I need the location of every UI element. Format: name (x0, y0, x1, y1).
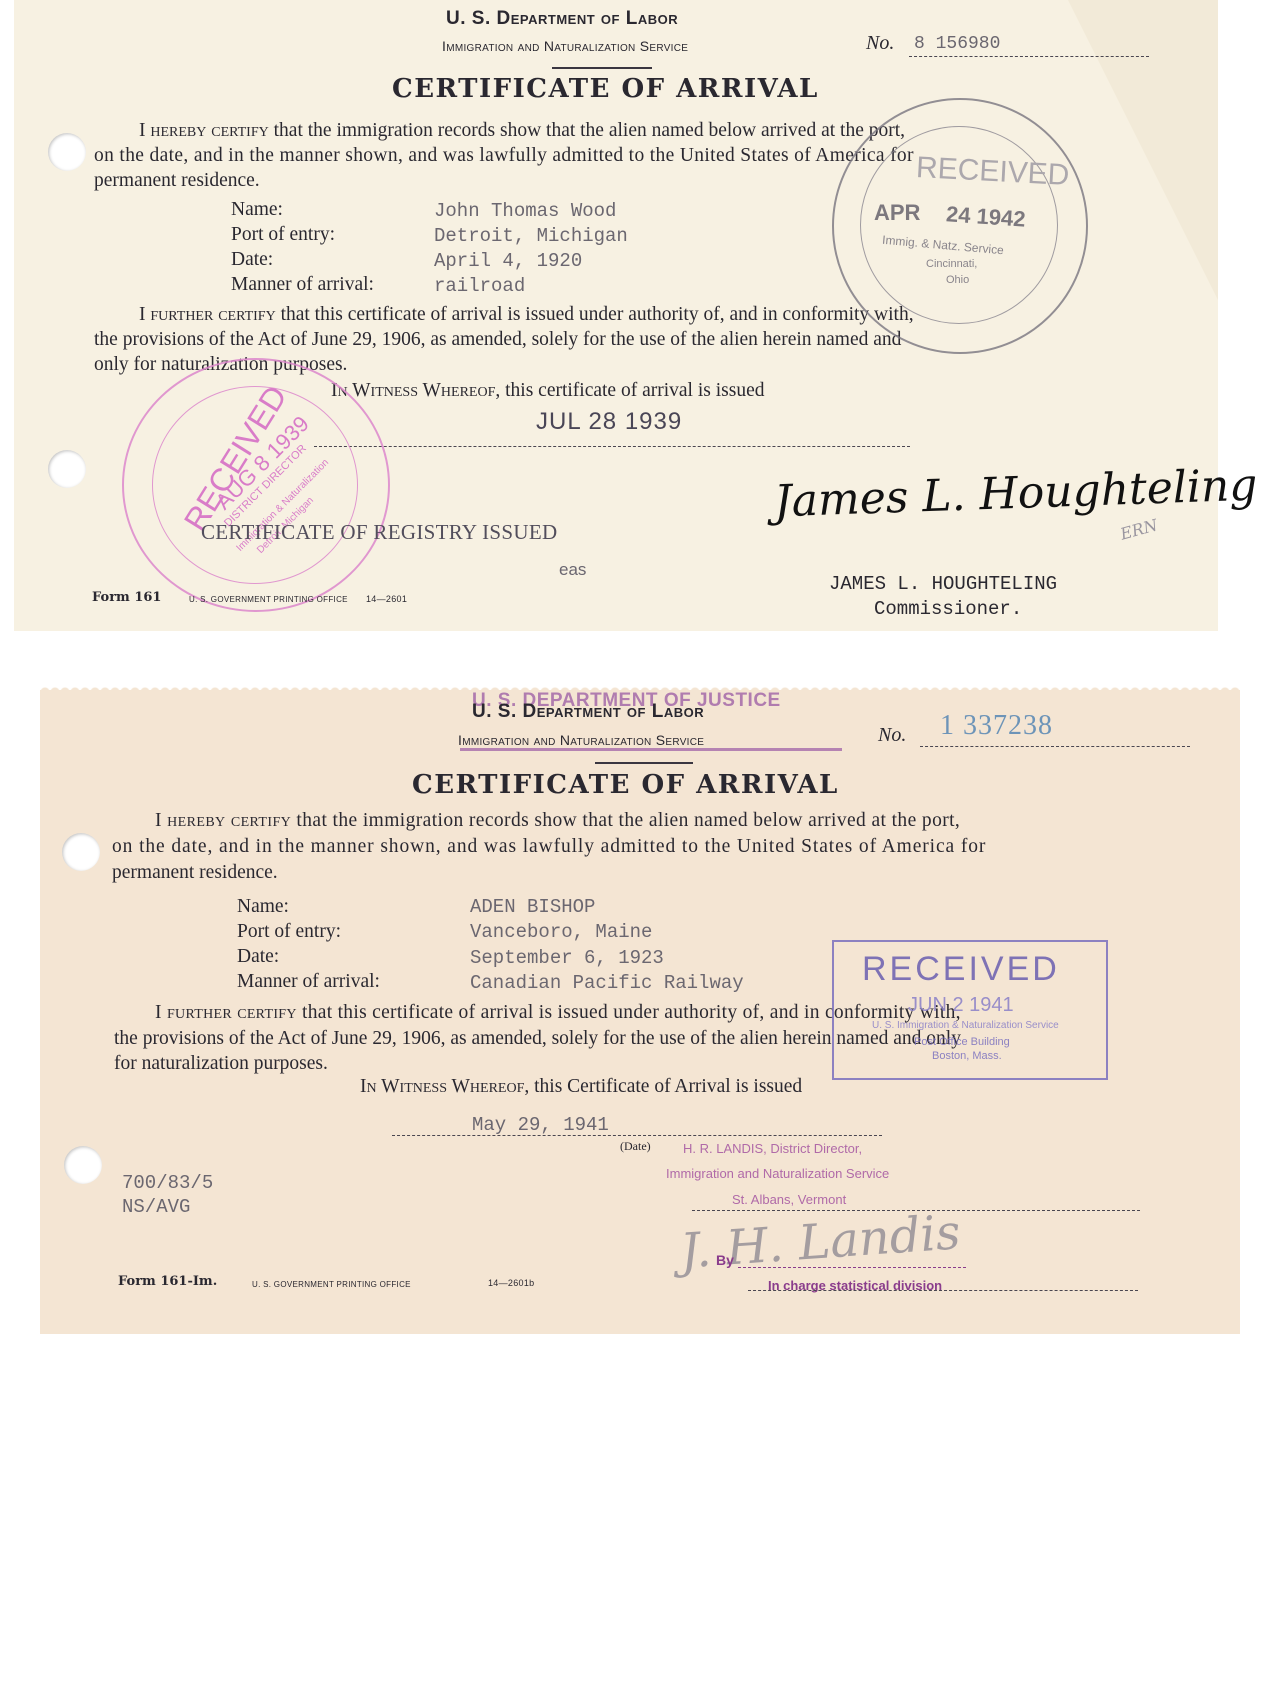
by-line (738, 1267, 966, 1268)
issued-date: May 29, 1941 (472, 1114, 609, 1136)
witness-line: In Witness Whereof, this Certificate of … (360, 1076, 802, 1098)
landis-signature: J. H. Landis (678, 1204, 962, 1279)
certify-text: that the immigration records show that t… (269, 120, 905, 141)
certify-paragraph-line3: permanent residence. (112, 862, 278, 884)
file-reference: 700/83/5 (122, 1172, 213, 1194)
stamp-city: Boston, Mass. (932, 1050, 1002, 1062)
field-value-manner: railroad (434, 275, 525, 297)
further-paragraph-line3: for naturalization purposes. (114, 1053, 328, 1075)
stamp-state: Ohio (946, 274, 969, 286)
field-value-name: John Thomas Wood (434, 200, 616, 222)
file-initials: NS/AVG (122, 1196, 190, 1218)
field-label-manner: Manner of arrival: (237, 971, 380, 993)
certify-paragraph-line2: on the date, and in the manner shown, an… (94, 145, 914, 167)
director-location: St. Albans, Vermont (732, 1192, 846, 1207)
certify-text: that the immigration records show that t… (291, 810, 960, 831)
field-label-manner: Manner of arrival: (231, 274, 374, 296)
punch-hole (64, 1146, 102, 1184)
date-line (392, 1135, 882, 1136)
issued-date-stamp: JUL 28 1939 (536, 408, 682, 436)
further-text: that this certificate of arrival is issu… (276, 304, 914, 325)
field-value-port: Vanceboro, Maine (470, 921, 652, 943)
field-label-date: Date: (237, 946, 279, 968)
certificate-title: CERTIFICATE OF ARRIVAL (392, 74, 819, 104)
certificate-of-arrival-2: U. S. DEPARTMENT OF JUSTICE U. S. Depart… (40, 690, 1240, 1334)
stamp-agency: U. S. Immigration & Naturalization Servi… (872, 1020, 1059, 1031)
field-label-name: Name: (231, 199, 283, 221)
service-heading: Immigration and Naturalization Service (442, 38, 688, 54)
stamp-month: APR (874, 200, 920, 226)
statistical-division-line (748, 1290, 1138, 1291)
by-label: By (716, 1252, 734, 1268)
number-line (909, 56, 1149, 57)
date-line (314, 446, 910, 447)
certificate-number: 8 156980 (914, 34, 1000, 54)
commissioner-signature: James L. Houghteling (773, 460, 1258, 528)
received-stamp-cincinnati: RECEIVED APR 24 1942 Immig. & Natz. Serv… (832, 98, 1088, 354)
folded-corner (1068, 0, 1218, 300)
punch-hole (48, 133, 86, 171)
field-value-date: April 4, 1920 (434, 250, 582, 272)
director-name: H. R. LANDIS, District Director, (683, 1141, 862, 1156)
stamp-date: 24 1942 (945, 201, 1026, 232)
certificate-number-label: No. (878, 724, 906, 747)
department-heading: U. S. Department of Labor (446, 8, 678, 30)
certificate-number: 1 337238 (940, 710, 1053, 742)
registry-issued-note: CERTIFICATE OF REGISTRY ISSUED (201, 520, 557, 545)
certify-lead: I hereby certify (155, 810, 291, 831)
form-number: Form 161 (92, 590, 161, 605)
number-line (920, 746, 1190, 747)
form-number: Form 161-Im. (118, 1274, 217, 1289)
print-code: 14—2601 (366, 594, 407, 604)
further-lead: I further certify (155, 1002, 297, 1023)
witness-lead: In Witness Whereof (360, 1076, 524, 1097)
stamp-date: JUN 2 1941 (908, 994, 1014, 1017)
witness-text: , this Certificate of Arrival is issued (524, 1076, 802, 1097)
clerk-initials: eas (559, 560, 586, 580)
certificate-of-arrival-1: U. S. Department of Labor Immigration an… (14, 0, 1218, 631)
certificate-number-label: No. (866, 32, 894, 55)
stamp-received-text: RECEIVED (862, 950, 1060, 989)
further-paragraph-line1: I further certify that this certificate … (139, 304, 914, 326)
certificate-title: CERTIFICATE OF ARRIVAL (412, 770, 839, 800)
certify-paragraph-line1: I hereby certify that the immigration re… (139, 120, 905, 142)
field-value-name: ADEN BISHOP (470, 896, 595, 918)
field-label-name: Name: (237, 896, 289, 918)
further-paragraph-line2: the provisions of the Act of June 29, 19… (94, 329, 901, 351)
date-caption: (Date) (620, 1139, 651, 1154)
stamp-building: Post Office Building (914, 1036, 1010, 1048)
service-strikeout (460, 748, 842, 751)
certify-paragraph-line2: on the date, and in the manner shown, an… (112, 836, 986, 858)
signer-name: JAMES L. HOUGHTELING (829, 573, 1057, 595)
printing-office: U. S. GOVERNMENT PRINTING OFFICE (252, 1280, 411, 1289)
director-agency: Immigration and Naturalization Service (666, 1166, 889, 1181)
print-code: 14—2601b (488, 1278, 534, 1288)
field-value-manner: Canadian Pacific Railway (470, 972, 744, 994)
certify-lead: I hereby certify (139, 120, 269, 141)
heading-rule (552, 67, 652, 69)
witness-lead: In Witness Whereof (331, 380, 495, 401)
field-label-port: Port of entry: (237, 921, 341, 943)
punch-hole (48, 450, 86, 488)
field-value-date: September 6, 1923 (470, 947, 664, 969)
punch-hole (62, 833, 100, 871)
witness-line: In Witness Whereof, this certificate of … (331, 380, 764, 402)
received-stamp-boston: RECEIVED JUN 2 1941 U. S. Immigration & … (832, 940, 1108, 1080)
signer-title: Commissioner. (874, 598, 1022, 620)
certify-paragraph-line1: I hereby certify that the immigration re… (155, 810, 960, 832)
service-heading: Immigration and Naturalization Service (458, 732, 704, 748)
heading-rule (595, 762, 693, 764)
further-lead: I further certify (139, 304, 276, 325)
printing-office: U. S. GOVERNMENT PRINTING OFFICE (189, 595, 348, 604)
pencil-note: ERN (1118, 515, 1159, 543)
certify-paragraph-line3: permanent residence. (94, 170, 260, 192)
received-stamp-detroit: RECEIVED AUG 8 1939 DISTRICT DIRECTOR Im… (122, 358, 390, 612)
witness-text: , this certificate of arrival is issued (495, 380, 764, 401)
field-label-port: Port of entry: (231, 224, 335, 246)
field-label-date: Date: (231, 249, 273, 271)
department-heading: U. S. Department of Labor (472, 701, 704, 723)
field-value-port: Detroit, Michigan (434, 225, 628, 247)
stamp-city: Cincinnati, (926, 258, 977, 270)
